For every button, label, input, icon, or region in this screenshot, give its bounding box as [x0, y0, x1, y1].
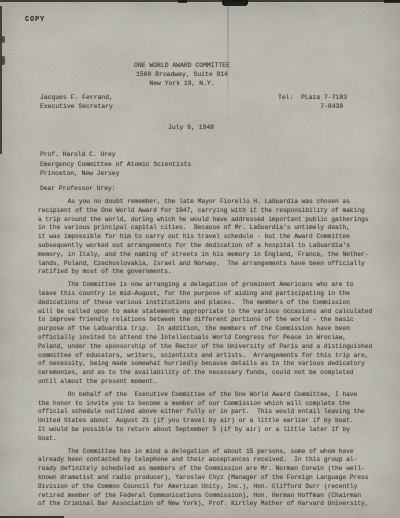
salutation: Dear Professor Urey:: [40, 185, 116, 192]
paragraph-3: On behalf of the Executive Committee of …: [38, 391, 390, 444]
letter-body: As you no doubt remember, the late Mayor…: [38, 198, 390, 509]
scan-artifact-speck: [1, 36, 5, 43]
scan-artifact-top-edge: [0, 0, 400, 2]
date-line: July 9, 1948: [96, 124, 286, 131]
scan-artifact-top-right: [384, 0, 400, 3]
sender-name: Jacques F. Ferrand,: [40, 93, 113, 102]
sender-block: Jacques F. Ferrand, Executive Secretary: [40, 93, 113, 111]
scan-artifact-top-mark: [178, 0, 187, 3]
sender-title: Executive Secretary: [40, 102, 113, 111]
paragraph-4: The Committee has in mind a delegation o…: [38, 448, 390, 510]
paragraph-1: As you no doubt remember, the late Mayor…: [38, 198, 390, 277]
scanned-letter-page: COPY ONE WORLD AWARD COMMITTEE 1560 Broa…: [0, 0, 400, 518]
recipient-name: Prof. Harold C. Urey: [40, 150, 191, 160]
recipient-city: Princeton, New Jersey: [40, 169, 191, 179]
copy-stamp: COPY: [25, 16, 45, 24]
recipient-org: Emergency Committee of Atomic Scientists: [40, 160, 191, 170]
scan-artifact-left-edge: [0, 6, 2, 154]
scan-artifact-speck: [1, 56, 5, 65]
letterhead-address-line1: 1560 Broadway, Suite 814: [102, 70, 262, 79]
letterhead: ONE WORLD AWARD COMMITTEE 1560 Broadway,…: [102, 61, 262, 89]
letterhead-address-line2: New York 19, N.Y.: [102, 79, 262, 88]
scan-artifact-top-tab: [222, 0, 248, 6]
letterhead-org-name: ONE WORLD AWARD COMMITTEE: [102, 61, 262, 70]
paragraph-2: The Committee is now arranging a delegat…: [38, 281, 390, 387]
recipient-block: Prof. Harold C. Urey Emergency Committee…: [40, 150, 191, 179]
telephone-block: Tel: PLaza 7-7183 7-8430: [278, 93, 347, 111]
